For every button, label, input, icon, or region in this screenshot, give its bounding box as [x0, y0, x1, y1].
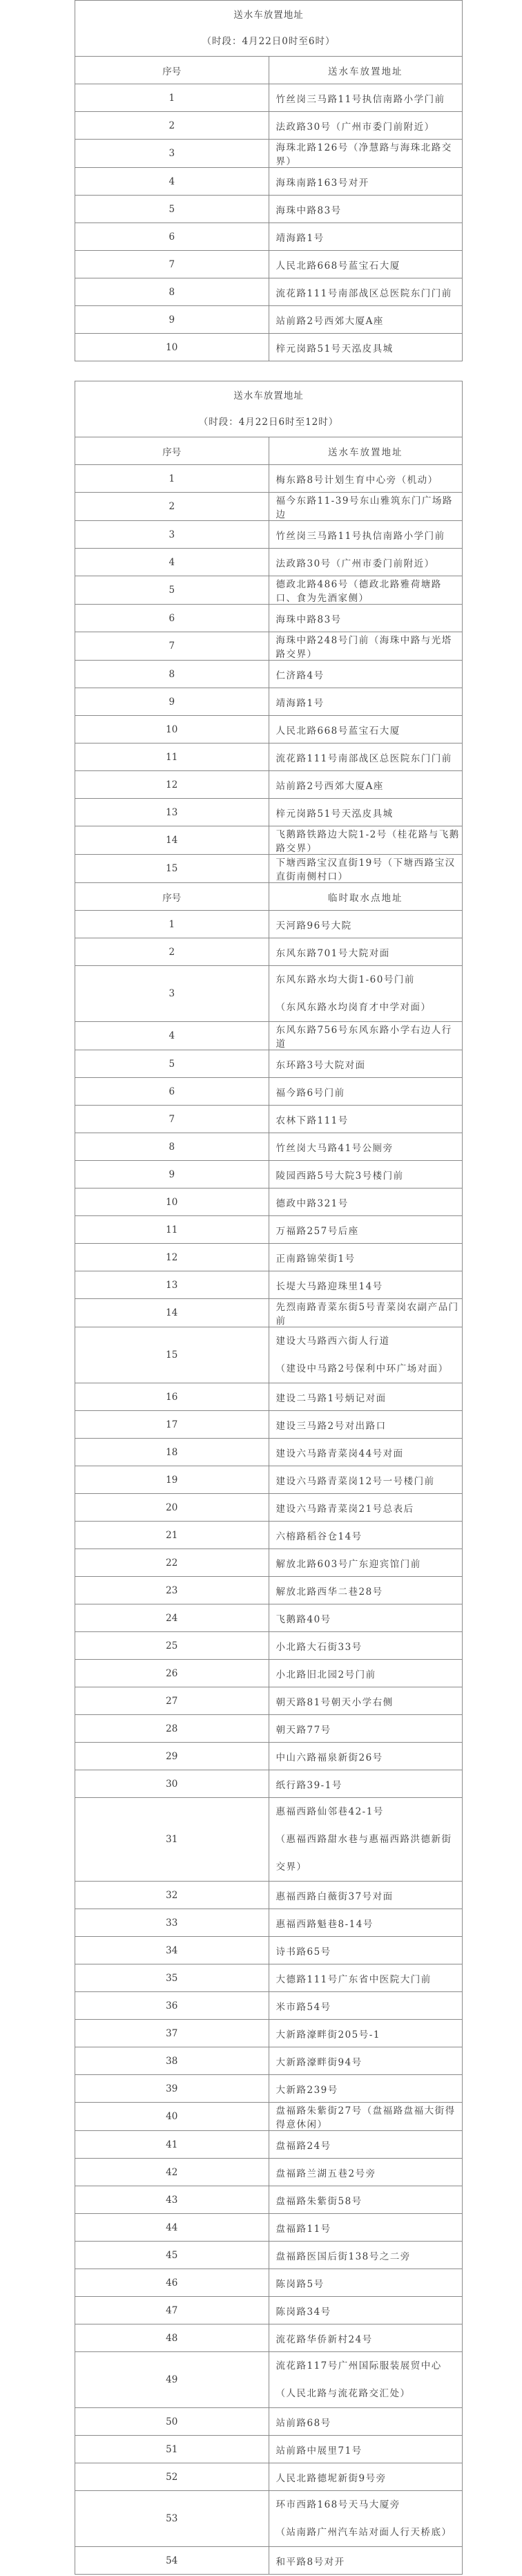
table-row: 35大德路111号广东省中医院大门前	[75, 1964, 463, 1992]
table-row: 50站前路68号	[75, 2408, 463, 2436]
table-row: 36米市路54号	[75, 1992, 463, 2020]
table-row: 11万福路257号后座	[75, 1216, 463, 1244]
row-number: 46	[75, 2269, 269, 2297]
table-row: 9站前路2号西郊大厦A座	[75, 306, 463, 334]
table-row: 13梓元岗路51号天泓皮具城	[75, 799, 463, 826]
table-row: 10梓元岗路51号天泓皮具城	[75, 334, 463, 361]
row-number: 45	[75, 2242, 269, 2269]
table-row: 17建设三马路2号对出路口	[75, 1411, 463, 1439]
row-number: 37	[75, 2020, 269, 2047]
row-number: 23	[75, 1577, 269, 1604]
row-address: 飞鹅路铁路边大院1-2号（桂花路与飞鹅路交界）	[269, 826, 463, 855]
row-address: 盘福路医国后街138号之二旁	[269, 2242, 463, 2269]
table-row: 38大新路濠畔街94号	[75, 2047, 463, 2075]
row-address: 米市路54号	[269, 1992, 463, 2020]
row-number: 9	[75, 1161, 269, 1188]
row-number: 8	[75, 1133, 269, 1161]
row-address: 人民北路668号蓝宝石大厦	[269, 716, 463, 744]
table-row: 47陈岗路34号	[75, 2297, 463, 2324]
row-number: 18	[75, 1439, 269, 1466]
row-address: 站前路中展里71号	[269, 2436, 463, 2463]
row-number: 2	[75, 938, 269, 966]
table-row: 16建设二马路1号炳记对面	[75, 1383, 463, 1411]
address-line-2: （东风东路水均岗育才中学对面）	[276, 994, 463, 1021]
row-number: 52	[75, 2463, 269, 2491]
row-number: 9	[75, 688, 269, 716]
address-line-1: 环市西路168号天马大厦旁	[276, 2491, 463, 2519]
col-header-address: 送水车放置地址	[269, 437, 463, 465]
table-row: 19建设六马路青菜岗12号一号楼门前	[75, 1466, 463, 1494]
table-title-row: 送水车放置地址 （时段：4月22日6时至12时）	[75, 381, 463, 437]
table-title-cell: 送水车放置地址 （时段：4月22日6时至12时）	[75, 381, 463, 437]
row-number: 14	[75, 1299, 269, 1327]
table-row: 11流花路111号南部战区总医院东门门前	[75, 744, 463, 771]
table-row: 4法政路30号（广州市委门前附近）	[75, 549, 463, 576]
row-number: 43	[75, 2186, 269, 2214]
table-row: 24飞鹅路40号	[75, 1604, 463, 1632]
row-number: 12	[75, 771, 269, 799]
row-number: 42	[75, 2159, 269, 2186]
row-number: 5	[75, 1050, 269, 1078]
row-number: 14	[75, 826, 269, 855]
row-address: 盘福路11号	[269, 2214, 463, 2242]
table-row: 4东风东路756号东风东路小学右边人行道	[75, 1022, 463, 1050]
row-address: 中山六路福泉新街26号	[269, 1743, 463, 1770]
row-number: 3	[75, 521, 269, 549]
address-line-1: 建设大马路西六街人行道	[276, 1327, 463, 1355]
row-number: 7	[75, 632, 269, 661]
table-title-row: 送水车放置地址 （时段：4月22日0时至6时）	[75, 1, 463, 57]
table-row: 2法政路30号（广州市委门前附近）	[75, 112, 463, 140]
row-number: 33	[75, 1909, 269, 1937]
row-number: 1	[75, 465, 269, 493]
row-address: 大新路濠畔街94号	[269, 2047, 463, 2075]
row-address: 诗书路65号	[269, 1937, 463, 1964]
column-header-row: 序号 送水车放置地址	[75, 437, 463, 465]
row-number: 6	[75, 223, 269, 251]
row-number: 10	[75, 716, 269, 744]
row-address: 流花路华侨新村24号	[269, 2324, 463, 2352]
row-address: 盘福路朱紫街27号（盘福路盘福大街得得意休闲）	[269, 2103, 463, 2131]
row-number: 10	[75, 1188, 269, 1216]
address-line-2: （建设中马路2号保利中环广场对面）	[276, 1355, 463, 1383]
table-row: 2东风东路701号大院对面	[75, 938, 463, 966]
row-number: 32	[75, 1882, 269, 1909]
table-row: 43盘福路朱紫街58号	[75, 2186, 463, 2214]
table-row: 1梅东路8号计划生育中心旁（机动）	[75, 465, 463, 493]
table-row: 15建设大马路西六街人行道（建设中马路2号保利中环广场对面）	[75, 1327, 463, 1383]
table-row: 7海珠中路248号门前（海珠中路与光塔路交界）	[75, 632, 463, 661]
row-number: 44	[75, 2214, 269, 2242]
water-truck-table-0-6: 送水车放置地址 （时段：4月22日0时至6时） 序号 送水车放置地址 1竹丝岗三…	[75, 0, 463, 361]
row-number: 15	[75, 1327, 269, 1383]
table-row: 3东风东路水均大街1-60号门前（东风东路水均岗育才中学对面）	[75, 966, 463, 1022]
row-number: 29	[75, 1743, 269, 1770]
table-row: 53环市西路168号天马大厦旁（站南路广州汽车站对面人行天桥底）	[75, 2491, 463, 2547]
row-address: 万福路257号后座	[269, 1216, 463, 1244]
table-row: 12站前路2号西郊大厦A座	[75, 771, 463, 799]
row-number: 11	[75, 1216, 269, 1244]
table-row: 8仁济路4号	[75, 661, 463, 688]
row-address: 盘福路兰湖五巷2号旁	[269, 2159, 463, 2186]
table-row: 9陵园西路5号大院3号楼门前	[75, 1161, 463, 1188]
row-address: 惠福西路白薇街37号对面	[269, 1882, 463, 1909]
row-number: 27	[75, 1687, 269, 1715]
row-address: 和平路8号对开	[269, 2547, 463, 2575]
row-number: 54	[75, 2547, 269, 2575]
row-address: 建设六马路青菜岗44号对面	[269, 1439, 463, 1466]
address-line-2: （人民北路与流花路交汇处）	[276, 2380, 463, 2407]
address-line-2: （惠福西路甜水巷与惠福西路洪德新街交界）	[276, 1826, 463, 1881]
table-row: 45盘福路医国后街138号之二旁	[75, 2242, 463, 2269]
row-address: 小北路大石街33号	[269, 1632, 463, 1660]
row-address: 大新路濠畔街205号-1	[269, 2020, 463, 2047]
row-address: 海珠中路83号	[269, 605, 463, 632]
table-row: 3竹丝岗三马路11号执信南路小学门前	[75, 521, 463, 549]
table-row: 6海珠中路83号	[75, 605, 463, 632]
table-title: 送水车放置地址	[75, 383, 462, 409]
row-address: 流花路111号南部战区总医院东门门前	[269, 744, 463, 771]
row-address: 盘福路24号	[269, 2131, 463, 2159]
row-number: 5	[75, 576, 269, 605]
row-number: 1	[75, 911, 269, 938]
table-row: 34诗书路65号	[75, 1937, 463, 1964]
table-row: 15下塘西路宝汉直街19号（下塘西路宝汉直街南侧村口）	[75, 855, 463, 883]
row-number: 8	[75, 278, 269, 306]
row-address: 建设六马路青菜岗21号总表后	[269, 1494, 463, 1522]
table-row: 7农林下路111号	[75, 1106, 463, 1133]
table-row: 14飞鹅路铁路边大院1-2号（桂花路与飞鹅路交界）	[75, 826, 463, 855]
row-address: 东风东路701号大院对面	[269, 938, 463, 966]
table-row: 4海珠南路163号对开	[75, 168, 463, 196]
row-address: 惠福西路仙邻巷42-1号（惠福西路甜水巷与惠福西路洪德新街交界）	[269, 1798, 463, 1882]
row-address: 解放北路西华二巷28号	[269, 1577, 463, 1604]
row-number: 26	[75, 1660, 269, 1687]
row-address: 六榕路稻谷仓14号	[269, 1522, 463, 1549]
address-line-1: 流花路117号广州国际服装展贸中心	[276, 2352, 463, 2380]
row-number: 10	[75, 334, 269, 361]
row-number: 4	[75, 168, 269, 196]
row-address: 农林下路111号	[269, 1106, 463, 1133]
row-address: 先烈南路青菜东街5号青菜岗农副产品门前	[269, 1299, 463, 1327]
row-address: 梅东路8号计划生育中心旁（机动）	[269, 465, 463, 493]
row-address: 靖海路1号	[269, 223, 463, 251]
table-row: 10人民北路668号蓝宝石大厦	[75, 716, 463, 744]
row-number: 48	[75, 2324, 269, 2352]
row-address: 福今路6号门前	[269, 1078, 463, 1106]
table-row: 29中山六路福泉新街26号	[75, 1743, 463, 1770]
table-row: 26小北路旧北园2号门前	[75, 1660, 463, 1687]
table-row: 2福今东路11-39号东山雅筑东门广场路边	[75, 493, 463, 521]
col-header-address: 送水车放置地址	[269, 57, 463, 84]
row-address: 纸行路39-1号	[269, 1770, 463, 1798]
row-address: 海珠南路163号对开	[269, 168, 463, 196]
row-number: 40	[75, 2103, 269, 2131]
col-header-no: 序号	[75, 883, 269, 911]
row-number: 39	[75, 2075, 269, 2103]
table-row: 44盘福路11号	[75, 2214, 463, 2242]
row-address: 海珠中路248号门前（海珠中路与光塔路交界）	[269, 632, 463, 661]
table-row: 28朝天路77号	[75, 1715, 463, 1743]
row-address: 海珠中路83号	[269, 196, 463, 223]
table-row: 40盘福路朱紫街27号（盘福路盘福大街得得意休闲）	[75, 2103, 463, 2131]
row-address: 小北路旧北园2号门前	[269, 1660, 463, 1687]
row-address: 建设大马路西六街人行道（建设中马路2号保利中环广场对面）	[269, 1327, 463, 1383]
row-number: 2	[75, 493, 269, 521]
row-address: 正南路锦荣街1号	[269, 1244, 463, 1271]
row-address: 建设三马路2号对出路口	[269, 1411, 463, 1439]
row-address: 解放北路603号广东迎宾馆门前	[269, 1549, 463, 1577]
table-row: 32惠福西路白薇街37号对面	[75, 1882, 463, 1909]
row-number: 28	[75, 1715, 269, 1743]
row-number: 9	[75, 306, 269, 334]
table-row: 33惠福西路魁巷8-14号	[75, 1909, 463, 1937]
row-number: 3	[75, 140, 269, 168]
row-address: 海珠北路126号（净慧路与海珠北路交界）	[269, 140, 463, 168]
table-row: 5东环路3号大院对面	[75, 1050, 463, 1078]
row-address: 东环路3号大院对面	[269, 1050, 463, 1078]
row-address: 梓元岗路51号天泓皮具城	[269, 799, 463, 826]
table-row: 20建设六马路青菜岗21号总表后	[75, 1494, 463, 1522]
table-title-cell: 送水车放置地址 （时段：4月22日0时至6时）	[75, 1, 463, 57]
row-address: 法政路30号（广州市委门前附近）	[269, 549, 463, 576]
table-row: 8流花路111号南部战区总医院东门门前	[75, 278, 463, 306]
table-row: 41盘福路24号	[75, 2131, 463, 2159]
row-address: 站前路2号西郊大厦A座	[269, 771, 463, 799]
row-number: 47	[75, 2297, 269, 2324]
table-row: 13长堤大马路迎珠里14号	[75, 1271, 463, 1299]
row-address: 仁济路4号	[269, 661, 463, 688]
col-header-temp-address: 临时取水点地址	[269, 883, 463, 911]
row-number: 41	[75, 2131, 269, 2159]
row-address: 长堤大马路迎珠里14号	[269, 1271, 463, 1299]
row-address: 天河路96号大院	[269, 911, 463, 938]
row-number: 11	[75, 744, 269, 771]
row-number: 38	[75, 2047, 269, 2075]
row-number: 1	[75, 84, 269, 112]
row-address: 德政北路486号（德政北路雅荷塘路口、食为先酒家侧）	[269, 576, 463, 605]
table-row: 49流花路117号广州国际服装展贸中心（人民北路与流花路交汇处）	[75, 2352, 463, 2408]
row-address: 环市西路168号天马大厦旁（站南路广州汽车站对面人行天桥底）	[269, 2491, 463, 2547]
row-number: 30	[75, 1770, 269, 1798]
row-address: 站前路2号西郊大厦A座	[269, 306, 463, 334]
row-number: 7	[75, 1106, 269, 1133]
row-address: 德政中路321号	[269, 1188, 463, 1216]
row-address: 人民北路德坭新街9号旁	[269, 2463, 463, 2491]
table-row: 14先烈南路青菜东街5号青菜岗农副产品门前	[75, 1299, 463, 1327]
row-number: 5	[75, 196, 269, 223]
row-number: 24	[75, 1604, 269, 1632]
row-number: 7	[75, 251, 269, 278]
row-address: 陈岗路5号	[269, 2269, 463, 2297]
row-number: 4	[75, 1022, 269, 1050]
table-row: 21六榕路稻谷仓14号	[75, 1522, 463, 1549]
row-address: 大新路239号	[269, 2075, 463, 2103]
row-address: 朝天路77号	[269, 1715, 463, 1743]
row-address: 朝天路81号朝天小学右侧	[269, 1687, 463, 1715]
table-row: 27朝天路81号朝天小学右侧	[75, 1687, 463, 1715]
table-row: 31惠福西路仙邻巷42-1号（惠福西路甜水巷与惠福西路洪德新街交界）	[75, 1798, 463, 1882]
address-line-2: （站南路广州汽车站对面人行天桥底）	[276, 2519, 463, 2546]
row-address: 盘福路朱紫街58号	[269, 2186, 463, 2214]
table-row: 3海珠北路126号（净慧路与海珠北路交界）	[75, 140, 463, 168]
table-title: 送水车放置地址	[75, 2, 462, 28]
row-number: 53	[75, 2491, 269, 2547]
row-address: 东风东路756号东风东路小学右边人行道	[269, 1022, 463, 1050]
table-row: 23解放北路西华二巷28号	[75, 1577, 463, 1604]
table-row: 54和平路8号对开	[75, 2547, 463, 2575]
table-row: 48流花路华侨新村24号	[75, 2324, 463, 2352]
row-address: 人民北路668号蓝宝石大厦	[269, 251, 463, 278]
table-row: 42盘福路兰湖五巷2号旁	[75, 2159, 463, 2186]
row-number: 36	[75, 1992, 269, 2020]
row-address: 竹丝岗大马路41号公厕旁	[269, 1133, 463, 1161]
table-row: 12正南路锦荣街1号	[75, 1244, 463, 1271]
row-address: 惠福西路魁巷8-14号	[269, 1909, 463, 1937]
row-address: 福今东路11-39号东山雅筑东门广场路边	[269, 493, 463, 521]
row-number: 21	[75, 1522, 269, 1549]
row-number: 49	[75, 2352, 269, 2408]
row-number: 50	[75, 2408, 269, 2436]
table-row: 52人民北路德坭新街9号旁	[75, 2463, 463, 2491]
table-row: 7人民北路668号蓝宝石大厦	[75, 251, 463, 278]
row-number: 2	[75, 112, 269, 140]
row-address: 飞鹅路40号	[269, 1604, 463, 1632]
row-address: 陈岗路34号	[269, 2297, 463, 2324]
table-row: 8竹丝岗大马路41号公厕旁	[75, 1133, 463, 1161]
row-number: 19	[75, 1466, 269, 1494]
row-number: 16	[75, 1383, 269, 1411]
table-row: 1竹丝岗三马路11号执信南路小学门前	[75, 84, 463, 112]
row-number: 15	[75, 855, 269, 883]
table-row: 1天河路96号大院	[75, 911, 463, 938]
row-number: 20	[75, 1494, 269, 1522]
row-address: 梓元岗路51号天泓皮具城	[269, 334, 463, 361]
table-row: 22解放北路603号广东迎宾馆门前	[75, 1549, 463, 1577]
row-number: 17	[75, 1411, 269, 1439]
row-number: 6	[75, 1078, 269, 1106]
table-row: 46陈岗路5号	[75, 2269, 463, 2297]
table-row: 39大新路239号	[75, 2075, 463, 2103]
row-number: 6	[75, 605, 269, 632]
row-address: 建设六马路青菜岗12号一号楼门前	[269, 1466, 463, 1494]
row-address: 陵园西路5号大院3号楼门前	[269, 1161, 463, 1188]
row-address: 建设二马路1号炳记对面	[269, 1383, 463, 1411]
row-number: 8	[75, 661, 269, 688]
row-address: 流花路111号南部战区总医院东门门前	[269, 278, 463, 306]
table-row: 25小北路大石街33号	[75, 1632, 463, 1660]
table-row: 51站前路中展里71号	[75, 2436, 463, 2463]
row-address: 靖海路1号	[269, 688, 463, 716]
row-number: 25	[75, 1632, 269, 1660]
row-address: 竹丝岗三马路11号执信南路小学门前	[269, 521, 463, 549]
table-row: 6靖海路1号	[75, 223, 463, 251]
row-number: 35	[75, 1964, 269, 1992]
row-address: 法政路30号（广州市委门前附近）	[269, 112, 463, 140]
column-header-row: 序号 送水车放置地址	[75, 57, 463, 84]
row-address: 下塘西路宝汉直街19号（下塘西路宝汉直街南侧村口）	[269, 855, 463, 883]
row-address: 流花路117号广州国际服装展贸中心（人民北路与流花路交汇处）	[269, 2352, 463, 2408]
row-number: 22	[75, 1549, 269, 1577]
temp-water-header-row: 序号 临时取水点地址	[75, 883, 463, 911]
row-number: 13	[75, 1271, 269, 1299]
row-number: 12	[75, 1244, 269, 1271]
row-number: 51	[75, 2436, 269, 2463]
row-address: 大德路111号广东省中医院大门前	[269, 1964, 463, 1992]
row-address: 东风东路水均大街1-60号门前（东风东路水均岗育才中学对面）	[269, 966, 463, 1022]
water-truck-table-6-12: 送水车放置地址 （时段：4月22日6时至12时） 序号 送水车放置地址 1梅东路…	[75, 381, 463, 2575]
row-address: 站前路68号	[269, 2408, 463, 2436]
table-row: 10德政中路321号	[75, 1188, 463, 1216]
col-header-no: 序号	[75, 57, 269, 84]
table-row: 5海珠中路83号	[75, 196, 463, 223]
table-row: 5德政北路486号（德政北路雅荷塘路口、食为先酒家侧）	[75, 576, 463, 605]
table-period: （时段：4月22日6时至12时）	[75, 409, 462, 435]
row-number: 3	[75, 966, 269, 1022]
table-row: 18建设六马路青菜岗44号对面	[75, 1439, 463, 1466]
row-number: 4	[75, 549, 269, 576]
row-number: 34	[75, 1937, 269, 1964]
table-row: 6福今路6号门前	[75, 1078, 463, 1106]
table-row: 37大新路濠畔街205号-1	[75, 2020, 463, 2047]
row-number: 13	[75, 799, 269, 826]
table-row: 30纸行路39-1号	[75, 1770, 463, 1798]
table-period: （时段：4月22日0时至6时）	[75, 28, 462, 55]
col-header-no: 序号	[75, 437, 269, 465]
address-line-1: 惠福西路仙邻巷42-1号	[276, 1798, 463, 1826]
row-number: 31	[75, 1798, 269, 1882]
address-line-1: 东风东路水均大街1-60号门前	[276, 966, 463, 994]
table-row: 9靖海路1号	[75, 688, 463, 716]
row-address: 竹丝岗三马路11号执信南路小学门前	[269, 84, 463, 112]
